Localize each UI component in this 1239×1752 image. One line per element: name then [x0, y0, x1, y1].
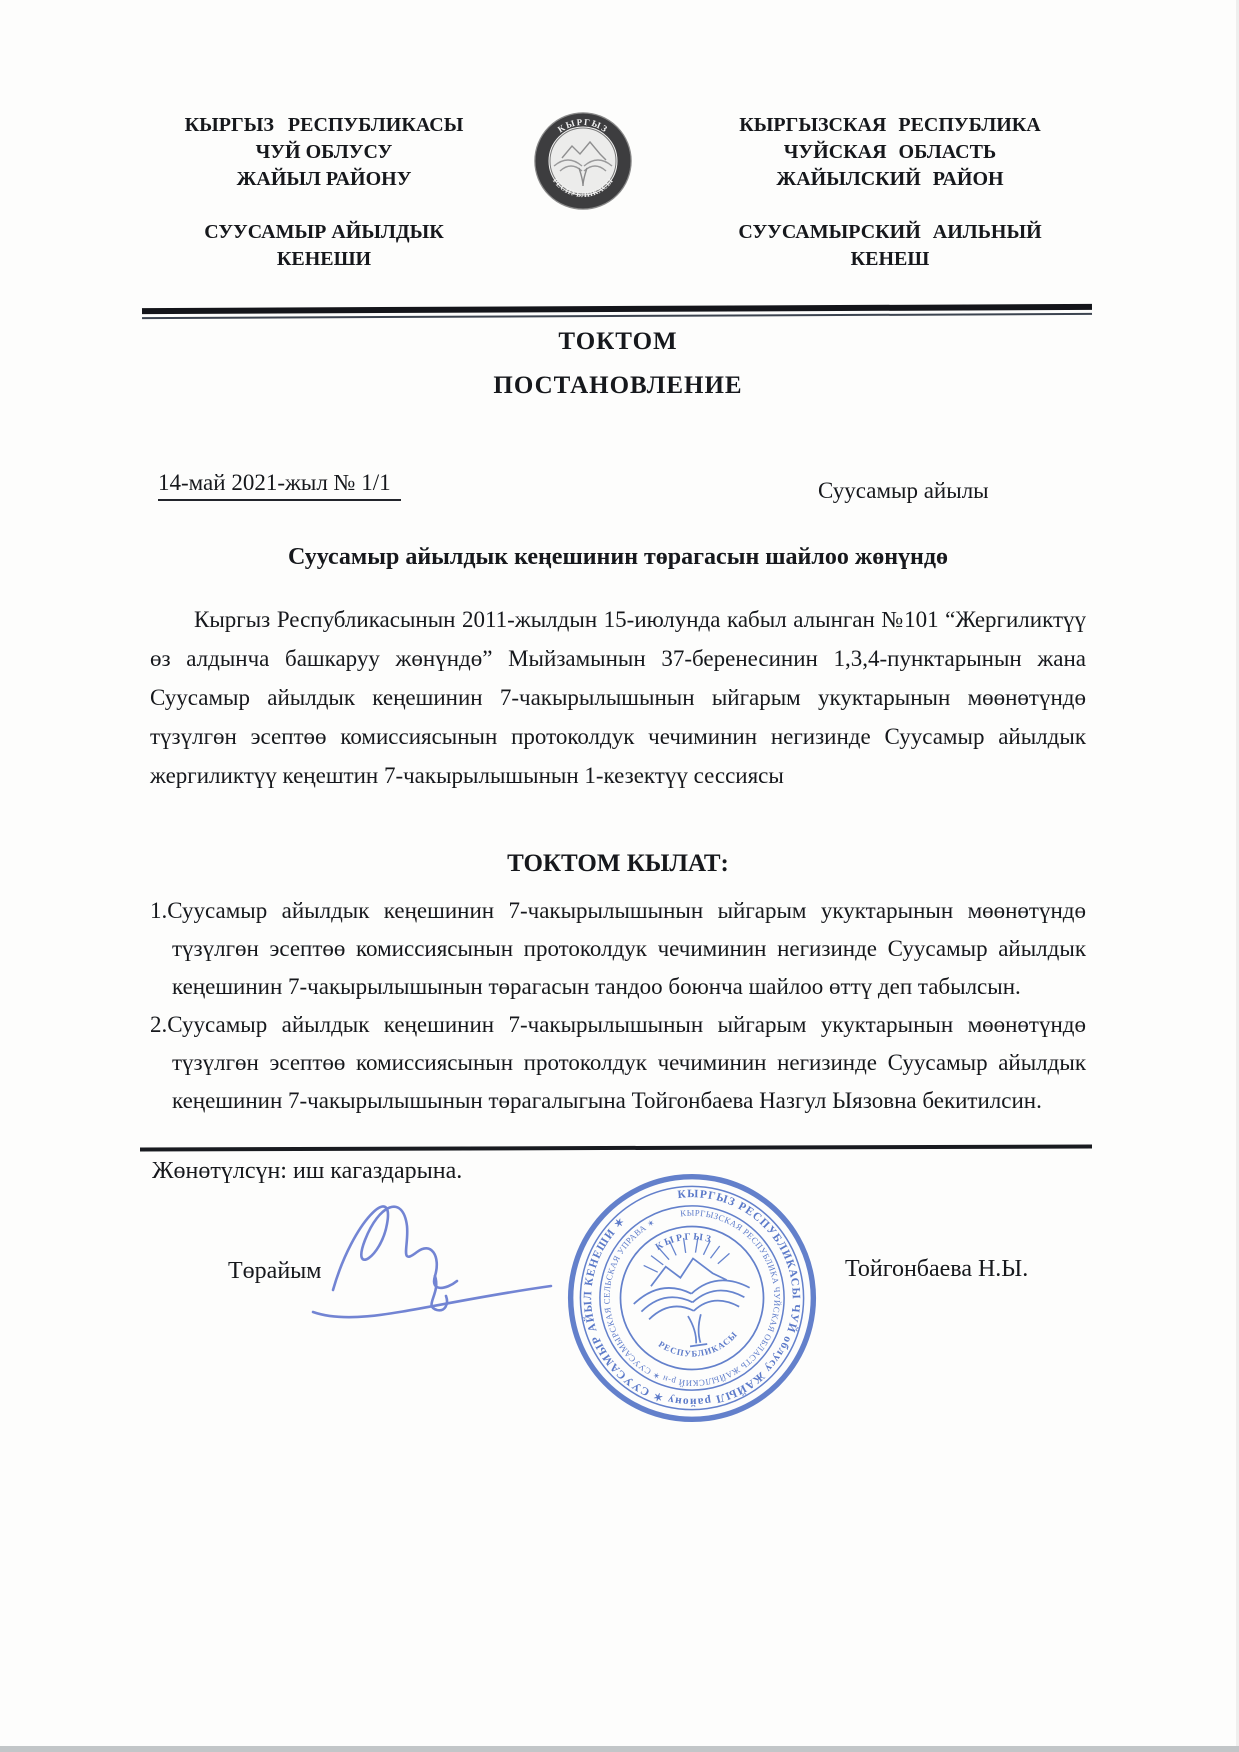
footer-separator-rule — [140, 1145, 1092, 1152]
official-stamp-icon: КЫРГЫЗ РЕСПУБЛИКАСЫ ЧУЙ облусу ЖАЙЫЛ рай… — [545, 1151, 839, 1445]
header-right-line: КЫРГЫЗСКАЯ РЕСПУБЛИКА — [678, 112, 1102, 139]
resolution-list: 1.Суусамыр айылдык кеңешинин 7-чакырылыш… — [150, 892, 1086, 1120]
resolution-item-1: 1.Суусамыр айылдык кеңешинин 7-чакырылыш… — [150, 892, 1086, 1006]
header-left-line: ЖАЙЫЛ РАЙОНУ — [138, 166, 510, 193]
header-right-org-line: СУУСАМЫРСКИЙ АИЛЬНЫЙ — [678, 219, 1102, 246]
header-right-block: КЫРГЫЗСКАЯ РЕСПУБЛИКА ЧУЙСКАЯ ОБЛАСТЬ ЖА… — [678, 112, 1102, 273]
header-right-org-line: КЕНЕШ — [678, 246, 1102, 273]
title-postanovlenie: ПОСТАНОВЛЕНИЕ — [150, 364, 1086, 408]
header-left-block: КЫРГЫЗ РЕСПУБЛИКАСЫ ЧУЙ ОБЛУСУ ЖАЙЫЛ РАЙ… — [138, 112, 510, 273]
header-left-org-line: СУУСАМЫР АЙЫЛДЫК — [138, 219, 510, 246]
handwritten-signature-icon — [295, 1178, 585, 1353]
signer-name: Тойгонбаева Н.Ы. — [845, 1256, 1028, 1283]
header-left-line: КЫРГЫЗ РЕСПУБЛИКАСЫ — [138, 112, 510, 139]
preamble-paragraph: Кыргыз Республикасынын 2011-жылдын 15-ию… — [150, 600, 1086, 795]
title-toktom: ТОКТОМ — [150, 320, 1086, 364]
place-name: Суусамыр айылы — [818, 478, 989, 504]
header-left-line: ЧУЙ ОБЛУСУ — [138, 139, 510, 166]
state-emblem-seal-icon: КЫРГЫЗ РЕСПУБЛИКАСЫ — [532, 110, 634, 212]
document-type-title: ТОКТОМ ПОСТАНОВЛЕНИЕ — [150, 320, 1086, 408]
subject-heading: Суусамыр айылдык кеңешинин төрагасын шай… — [150, 544, 1086, 571]
date-and-number: 14-май 2021-жыл № 1/1 — [158, 470, 401, 501]
scan-edge-artifact — [0, 1746, 1239, 1752]
header-right-line: ЧУЙСКАЯ ОБЛАСТЬ — [678, 139, 1102, 166]
resolution-item-2: 2.Суусамыр айылдык кеңешинин 7-чакырылыш… — [150, 1006, 1086, 1120]
resolves-heading: ТОКТОМ КЫЛАТ: — [150, 850, 1086, 878]
header-left-org-line: КЕНЕШИ — [138, 246, 510, 273]
header-separator-rule — [142, 304, 1092, 319]
header-right-line: ЖАЙЫЛСКИЙ РАЙОН — [678, 166, 1102, 193]
scanned-resolution-document: КЫРГЫЗ РЕСПУБЛИКАСЫ ЧУЙ ОБЛУСУ ЖАЙЫЛ РАЙ… — [0, 0, 1239, 1752]
